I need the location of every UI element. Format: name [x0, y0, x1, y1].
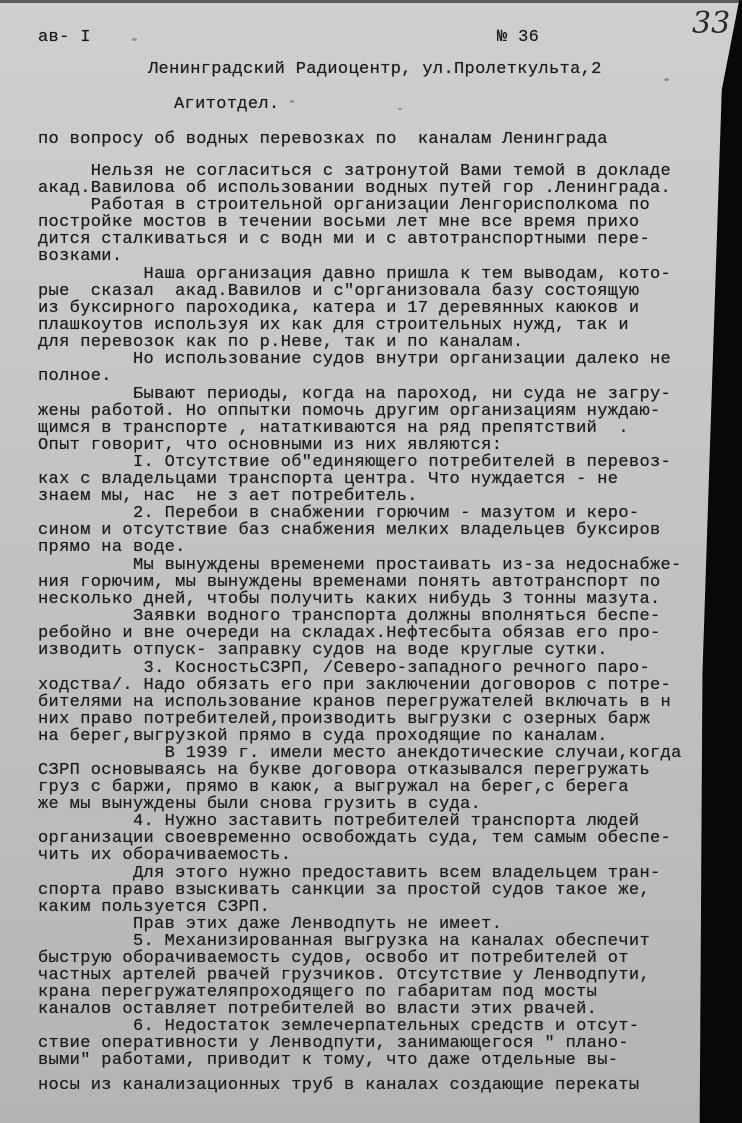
- body-line: возками.: [38, 247, 122, 267]
- sender-address: Ленинградский Радиоцентр, ул.Пролеткульт…: [148, 60, 602, 80]
- body-line: Но использование судов внутри организаци…: [38, 350, 671, 370]
- ink-speck: [398, 108, 402, 110]
- page-top-edge: [0, 0, 742, 3]
- ink-speck: [290, 100, 294, 103]
- body-line: чить их оборачиваемость.: [38, 846, 291, 866]
- body-line: полное.: [38, 367, 112, 387]
- department: Агитотдел.: [174, 95, 280, 115]
- body-line: выми" работами, приводит к тому, что даж…: [38, 1051, 618, 1071]
- body-line: дится сталкиваться и с водн ми и с автот…: [38, 230, 650, 250]
- subject-line: по вопросу об водных перевозках по канал…: [38, 130, 608, 150]
- handwritten-page-number: 33: [692, 6, 730, 41]
- ink-speck: [132, 38, 137, 41]
- document-page: ав- I № 36 33 Ленинградский Радиоцентр, …: [0, 0, 742, 1123]
- scan-margin-shadow: [696, 0, 742, 1123]
- body-line: изводить отпуск- заправку судов на воде …: [38, 641, 608, 661]
- document-number: № 36: [497, 28, 539, 48]
- body-line: прямо на воде.: [38, 538, 186, 558]
- body-line: носы из канализационных труб в каналах с…: [38, 1076, 639, 1096]
- reference-code: ав- I: [38, 28, 91, 48]
- ink-speck: [664, 78, 669, 81]
